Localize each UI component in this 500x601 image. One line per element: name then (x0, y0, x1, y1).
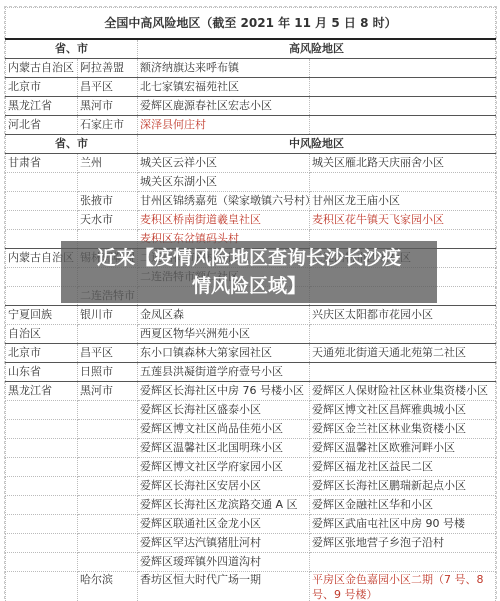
city-cell: 昌平区 (78, 78, 138, 97)
province-cell: 自治区 (6, 325, 78, 344)
table-row: 爱辉区长海社区盛泰小区爱辉区博文社区昌辉雅典城小区 (6, 401, 496, 420)
city-cell: 石家庄市 (78, 116, 138, 135)
province-cell: 黑龙江省 (6, 97, 78, 116)
province-cell (6, 173, 78, 192)
city-cell: 阿拉善盟 (78, 59, 138, 78)
table-row: 山东省日照市五莲县洪凝街道学府壹号小区 (6, 363, 496, 382)
province-cell (6, 458, 78, 477)
area-cell: 城关区云祥小区 (138, 154, 310, 173)
area-cell: 北七家镇宏福苑社区 (138, 78, 310, 97)
area-cell: 西夏区物华兴洲苑小区 (138, 325, 310, 344)
risk-area-sheet: 全国中高风险地区（截至 2021 年 11 月 5 日 8 时） 省、市 高风险… (4, 6, 497, 601)
province-cell (6, 192, 78, 211)
medium-risk-header-left: 省、市 (6, 135, 138, 154)
area-cell: 平房区金色嘉园小区二期（7 号、8 号、9 号楼） (310, 572, 496, 601)
area-cell (310, 363, 496, 382)
table-row: 黑龙江省黑河市爱辉区长海社区中房 76 号楼小区爱辉区人保财险社区林业集资楼小区 (6, 382, 496, 401)
table-row: 爱辉区联通社区金龙小区爱辉区武庙屯社区中房 90 号楼 (6, 515, 496, 534)
page-title: 全国中高风险地区（截至 2021 年 11 月 5 日 8 时） (6, 8, 496, 40)
table-row: 哈尔滨香坊区恒大时代广场一期平房区金色嘉园小区二期（7 号、8 号、9 号楼） (6, 572, 496, 601)
city-cell: 哈尔滨 (78, 572, 138, 601)
area-cell: 爱辉区张地营子乡泡子沿村 (310, 534, 496, 553)
province-cell (6, 439, 78, 458)
table-row: 爱辉区温馨社区北国明珠小区爱辉区温馨社区欧雅河畔小区 (6, 439, 496, 458)
province-cell: 宁夏回族 (6, 306, 78, 325)
area-cell: 深泽县何庄村 (138, 116, 310, 135)
area-cell: 爱辉区联通社区金龙小区 (138, 515, 310, 534)
table-row: 北京市昌平区东小口镇森林大第家园社区天通苑北街道天通北苑第二社区 (6, 344, 496, 363)
province-cell: 甘肃省 (6, 154, 78, 173)
area-cell (310, 116, 496, 135)
city-cell (78, 325, 138, 344)
city-cell: 天水市 (78, 211, 138, 230)
province-cell (6, 553, 78, 572)
article-title-overlay: 近来【疫情风险地区查询长沙长沙疫 情风险区域】 (61, 241, 437, 303)
province-cell (6, 572, 78, 601)
area-cell: 爱辉区武庙屯社区中房 90 号楼 (310, 515, 496, 534)
table-row: 宁夏回族银川市金凤区森兴庆区太阳都市花园小区 (6, 306, 496, 325)
area-cell: 甘州区龙王庙小区 (310, 192, 496, 211)
city-cell (78, 420, 138, 439)
area-cell: 爱辉区金融社区华和小区 (310, 496, 496, 515)
area-cell (310, 59, 496, 78)
city-cell (78, 534, 138, 553)
table-row: 爱辉区博文社区尚品佳苑小区爱辉区金兰社区林业集资楼小区 (6, 420, 496, 439)
area-cell: 爱辉区温馨社区北国明珠小区 (138, 439, 310, 458)
area-cell (310, 325, 496, 344)
table-row: 河北省石家庄市深泽县何庄村 (6, 116, 496, 135)
area-cell: 香坊区恒大时代广场一期 (138, 572, 310, 601)
city-cell (78, 553, 138, 572)
province-cell: 河北省 (6, 116, 78, 135)
table-row: 甘肃省兰州城关区云祥小区城关区雁北路天庆丽舍小区 (6, 154, 496, 173)
province-cell (6, 477, 78, 496)
province-cell: 北京市 (6, 344, 78, 363)
overlay-line-1: 近来【疫情风险地区查询长沙长沙疫 (61, 244, 437, 272)
table-row: 黑龙江省黑河市爱辉区鹿源春社区宏志小区 (6, 97, 496, 116)
city-cell: 黑河市 (78, 382, 138, 401)
area-cell: 兴庆区太阳都市花园小区 (310, 306, 496, 325)
area-cell: 爱辉区金兰社区林业集资楼小区 (310, 420, 496, 439)
area-cell: 爱辉区人保财险社区林业集资楼小区 (310, 382, 496, 401)
table-row: 北京市昌平区北七家镇宏福苑社区 (6, 78, 496, 97)
city-cell: 昌平区 (78, 344, 138, 363)
overlay-line-2: 情风险区域】 (61, 272, 437, 300)
area-cell: 麦积区桥南街道羲皇社区 (138, 211, 310, 230)
province-cell: 北京市 (6, 78, 78, 97)
city-cell (78, 173, 138, 192)
high-risk-header-left: 省、市 (6, 39, 138, 59)
area-cell: 爱辉区罕达汽镇猪肚河村 (138, 534, 310, 553)
medium-risk-header: 中风险地区 (138, 135, 496, 154)
city-cell (78, 401, 138, 420)
table-row: 爱辉区长海社区安居小区爱辉区长海社区鹏瑞新起点小区 (6, 477, 496, 496)
area-cell: 爱辉区长海社区龙滨路交通 A 区 (138, 496, 310, 515)
area-cell: 城关区雁北路天庆丽舍小区 (310, 154, 496, 173)
city-cell: 张掖市 (78, 192, 138, 211)
province-cell (6, 496, 78, 515)
table-row: 天水市麦积区桥南街道羲皇社区麦积区花牛镇天飞家园小区 (6, 211, 496, 230)
province-cell (6, 401, 78, 420)
high-risk-header: 高风险地区 (138, 39, 496, 59)
table-row: 爱辉区瑷珲镇外四道沟村 (6, 553, 496, 572)
table-row: 张掖市甘州区锦绣嘉苑（梁家墩镇六号村）甘州区龙王庙小区 (6, 192, 496, 211)
province-cell: 山东省 (6, 363, 78, 382)
table-row: 爱辉区罕达汽镇猪肚河村爱辉区张地营子乡泡子沿村 (6, 534, 496, 553)
city-cell (78, 477, 138, 496)
area-cell: 爱辉区长海社区中房 76 号楼小区 (138, 382, 310, 401)
province-cell: 内蒙古自治区 (6, 59, 78, 78)
area-cell (310, 97, 496, 116)
area-cell: 爱辉区博文社区昌辉雅典城小区 (310, 401, 496, 420)
area-cell (310, 78, 496, 97)
city-cell (78, 439, 138, 458)
table-row: 爱辉区博文社区学府家园小区爱辉区福龙社区益民二区 (6, 458, 496, 477)
table-row: 内蒙古自治区阿拉善盟额济纳旗达来呼布镇 (6, 59, 496, 78)
area-cell: 东小口镇森林大第家园社区 (138, 344, 310, 363)
area-cell: 爱辉区博文社区学府家园小区 (138, 458, 310, 477)
area-cell: 爱辉区长海社区鹏瑞新起点小区 (310, 477, 496, 496)
province-cell (6, 211, 78, 230)
area-cell: 爱辉区博文社区尚品佳苑小区 (138, 420, 310, 439)
area-cell: 金凤区森 (138, 306, 310, 325)
province-cell (6, 534, 78, 553)
table-row: 自治区西夏区物华兴洲苑小区 (6, 325, 496, 344)
area-cell: 爱辉区瑷珲镇外四道沟村 (138, 553, 310, 572)
area-cell: 爱辉区长海社区盛泰小区 (138, 401, 310, 420)
city-cell (78, 496, 138, 515)
city-cell: 银川市 (78, 306, 138, 325)
city-cell: 日照市 (78, 363, 138, 382)
area-cell: 爱辉区福龙社区益民二区 (310, 458, 496, 477)
city-cell (78, 458, 138, 477)
table-row: 城关区东湖小区 (6, 173, 496, 192)
area-cell: 爱辉区长海社区安居小区 (138, 477, 310, 496)
area-cell: 爱辉区温馨社区欧雅河畔小区 (310, 439, 496, 458)
area-cell (310, 173, 496, 192)
city-cell: 兰州 (78, 154, 138, 173)
table-row: 爱辉区长海社区龙滨路交通 A 区爱辉区金融社区华和小区 (6, 496, 496, 515)
area-cell: 麦积区花牛镇天飞家园小区 (310, 211, 496, 230)
province-cell (6, 420, 78, 439)
city-cell: 黑河市 (78, 97, 138, 116)
area-cell: 城关区东湖小区 (138, 173, 310, 192)
area-cell: 五莲县洪凝街道学府壹号小区 (138, 363, 310, 382)
area-cell: 额济纳旗达来呼布镇 (138, 59, 310, 78)
risk-table: 全国中高风险地区（截至 2021 年 11 月 5 日 8 时） 省、市 高风险… (5, 7, 496, 601)
area-cell (310, 553, 496, 572)
area-cell: 爱辉区鹿源春社区宏志小区 (138, 97, 310, 116)
province-cell: 黑龙江省 (6, 382, 78, 401)
province-cell (6, 515, 78, 534)
area-cell: 甘州区锦绣嘉苑（梁家墩镇六号村） (138, 192, 310, 211)
area-cell: 天通苑北街道天通北苑第二社区 (310, 344, 496, 363)
city-cell (78, 515, 138, 534)
